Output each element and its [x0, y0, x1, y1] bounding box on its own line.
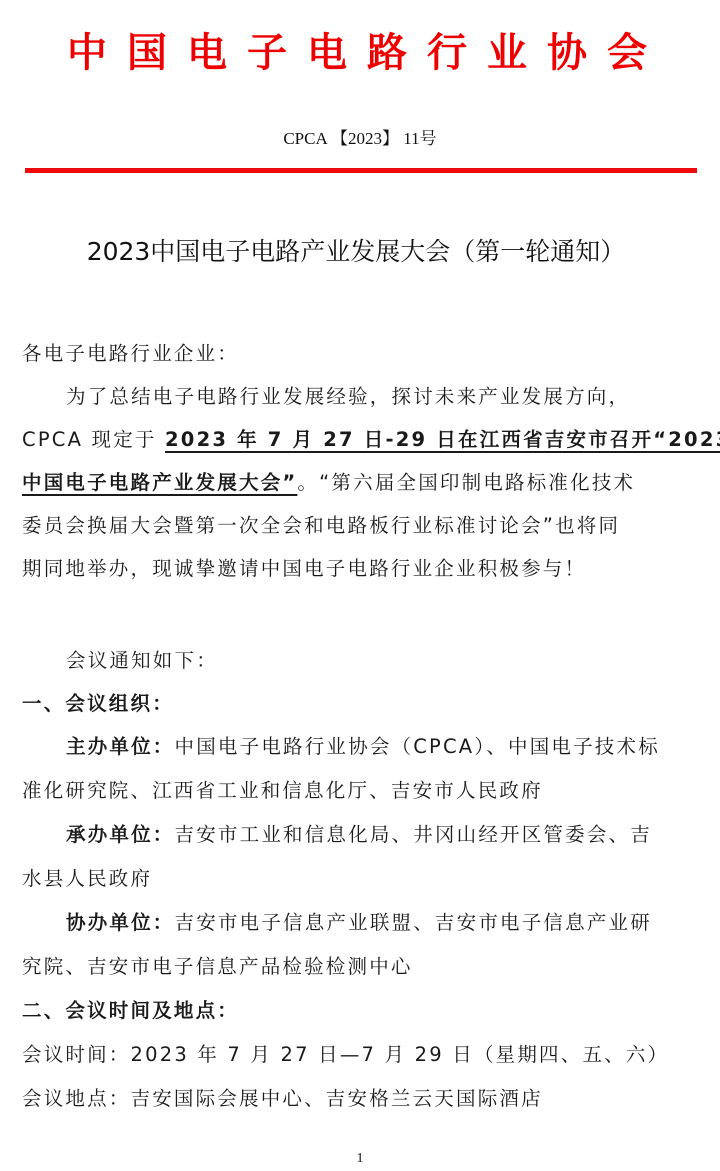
intro-line-5: 期同地举办，现诚挚邀请中国电子电路行业企业积极参与！ — [22, 555, 586, 583]
co-organizer-line-1: 协办单位：吉安市电子信息产业联盟、吉安市电子信息产业研 — [66, 909, 652, 937]
intro-line-3-suffix: 。“第六届全国印制电路标准化技术 — [297, 471, 635, 494]
document-title: 2023中国电子电路产业发展大会（第一轮通知） — [0, 234, 720, 270]
red-divider — [25, 168, 697, 173]
conference-name-highlight: 中国电子电路产业发展大会” — [22, 471, 297, 494]
meeting-venue: 会议地点：吉安国际会展中心、吉安格兰云天国际酒店 — [22, 1085, 543, 1113]
page-number: 1 — [0, 1150, 720, 1168]
section-heading-time-venue: 二、会议时间及地点： — [22, 997, 239, 1025]
intro-line-2-prefix: CPCA 现定于 — [22, 428, 165, 451]
organizer-line-1: 承办单位：吉安市工业和信息化局、井冈山经开区管委会、吉 — [66, 821, 652, 849]
document-number: CPCA 【2023】 11号 — [0, 128, 720, 150]
conference-date-highlight: 2023 年 7 月 27 日-29 日在江西省吉安市召开“2023 — [165, 428, 720, 451]
meeting-time: 会议时间：2023 年 7 月 27 日—7 月 29 日（星期四、五、六） — [22, 1041, 669, 1069]
co-organizer-value: 吉安市电子信息产业联盟、吉安市电子信息产业研 — [175, 911, 652, 934]
organizer-line-2: 水县人民政府 — [22, 865, 152, 893]
host-line-1: 主办单位：中国电子电路行业协会（CPCA）、中国电子技术标 — [66, 733, 660, 761]
intro-line-2: CPCA 现定于 2023 年 7 月 27 日-29 日在江西省吉安市召开“2… — [22, 426, 720, 454]
organizer-value: 吉安市工业和信息化局、井冈山经开区管委会、吉 — [175, 823, 652, 846]
host-label: 主办单位： — [66, 735, 175, 758]
intro-line-3: 中国电子电路产业发展大会”。“第六届全国印制电路标准化技术 — [22, 469, 635, 497]
host-line-2: 准化研究院、江西省工业和信息化厅、吉安市人民政府 — [22, 777, 543, 805]
section-heading-organization: 一、会议组织： — [22, 690, 174, 718]
intro-line-1: 为了总结电子电路行业发展经验，探讨未来产业发展方向， — [66, 383, 630, 411]
co-organizer-line-2: 究院、吉安市电子信息产品检验检测中心 — [22, 953, 413, 981]
organization-header: 中国电子电路行业协会 — [0, 28, 720, 78]
organizer-label: 承办单位： — [66, 823, 175, 846]
salutation: 各电子电路行业企业： — [22, 340, 239, 368]
intro-line-4: 委员会换届大会暨第一次全会和电路板行业标准讨论会”也将同 — [22, 512, 620, 540]
notice-intro: 会议通知如下： — [66, 647, 218, 675]
co-organizer-label: 协办单位： — [66, 911, 175, 934]
host-value: 中国电子电路行业协会（CPCA）、中国电子技术标 — [175, 735, 660, 758]
